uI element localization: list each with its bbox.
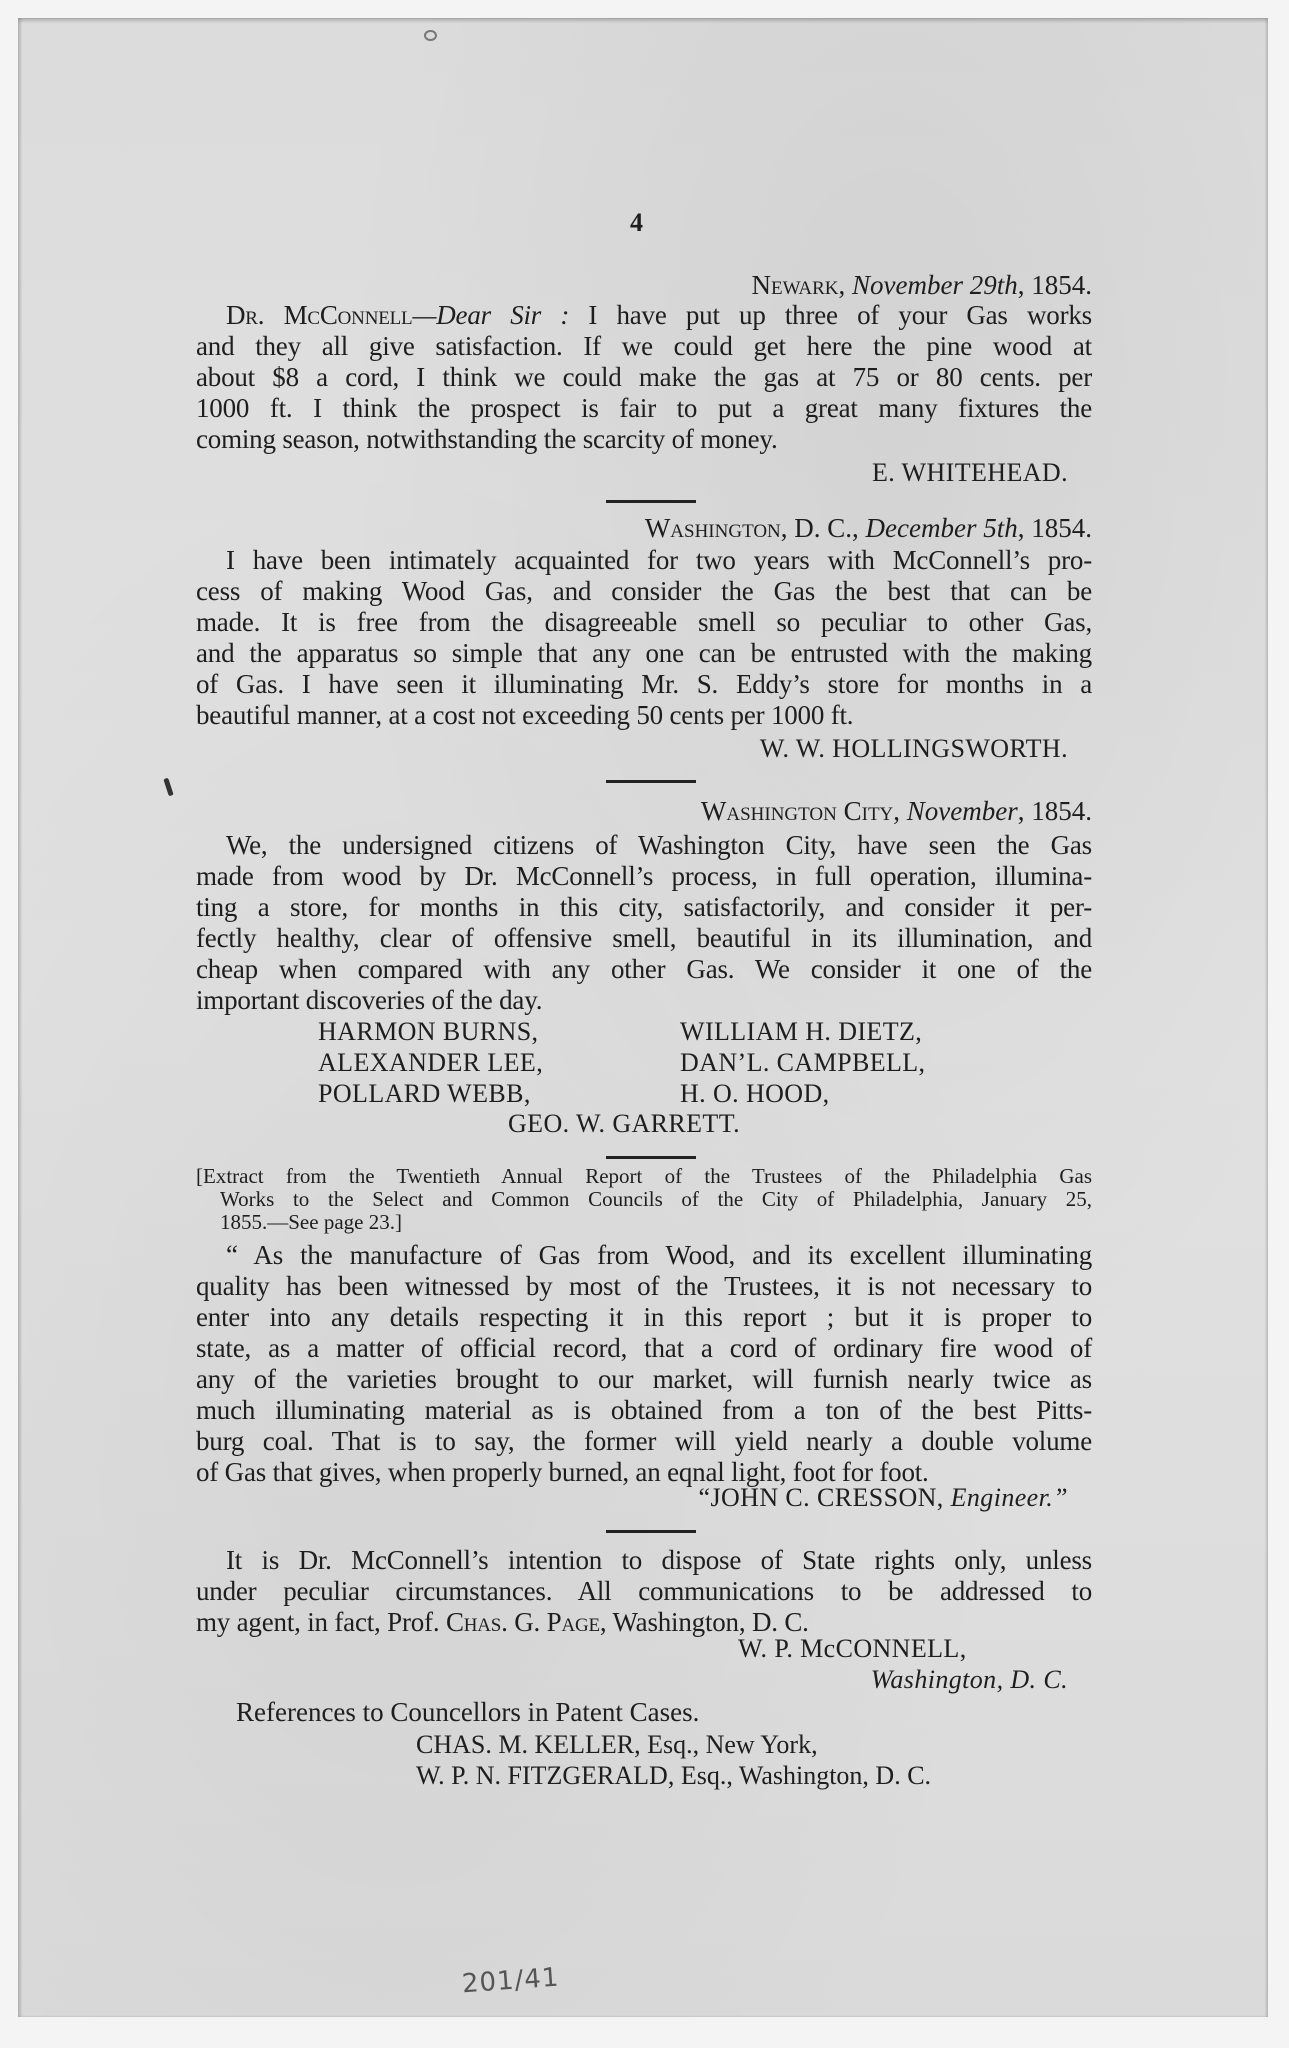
- text-line: under peculiar circumstances. All commun…: [196, 1576, 1092, 1607]
- divider-rule: [606, 780, 696, 783]
- signature-cresson: “JOHN C. CRESSON, Engineer.”: [699, 1483, 1068, 1513]
- extract-intro: [Extract from the Twentieth Annual Repor…: [196, 1165, 1092, 1234]
- dateline-place: Washington City: [701, 796, 893, 826]
- text-line: made from wood by Dr. McConnell’s proces…: [196, 861, 1092, 892]
- text-line: ting a store, for months in this city, s…: [196, 892, 1092, 923]
- signatory: DAN’L. CAMPBELL,: [680, 1047, 925, 1078]
- dateline-place: Newark: [751, 270, 838, 300]
- text-line: “ As the manufacture of Gas from Wood, a…: [196, 1240, 1092, 1271]
- references-list: CHAS. M. KELLER, Esq., New York, W. P. N…: [416, 1729, 931, 1791]
- extract-quote: “ As the manufacture of Gas from Wood, a…: [196, 1240, 1092, 1488]
- agent-prefix: my agent, in fact, Prof.: [196, 1607, 446, 1637]
- text-line: state, as a matter of official record, t…: [196, 1333, 1092, 1364]
- agent-name: Chas. G. Page: [446, 1607, 600, 1637]
- signatory: HARMON BURNS,: [318, 1016, 543, 1047]
- text-line: made. It is free from the disagreeable s…: [196, 607, 1092, 638]
- dateline-date: November 29th: [852, 270, 1018, 300]
- signature-name: “JOHN C. CRESSON,: [699, 1483, 951, 1512]
- text-line: I have put up three of your Gas works: [569, 300, 1092, 330]
- dateline-date: December 5th: [866, 513, 1018, 543]
- agent-suffix: , Washington, D. C.: [600, 1607, 809, 1637]
- text-line: cess of making Wood Gas, and consider th…: [196, 576, 1092, 607]
- reference-item: CHAS. M. KELLER, Esq., New York,: [416, 1729, 931, 1760]
- text-line: beautiful manner, at a cost not exceedin…: [196, 700, 1092, 731]
- salutation-name: Dr. McConnell: [226, 300, 412, 330]
- dateline-year: , 1854.: [1018, 796, 1092, 826]
- signature-whitehead: E. WHITEHEAD.: [872, 458, 1068, 488]
- dateline-year: , 1854.: [1018, 513, 1092, 543]
- text-line: burg coal. That is to say, the former wi…: [196, 1426, 1092, 1457]
- dateline-washington-dc: Washington, D. C., December 5th, 1854.: [645, 513, 1092, 544]
- text-line: quality has been witnessed by most of th…: [196, 1271, 1092, 1302]
- text-line: and they all give satisfaction. If we co…: [196, 331, 1092, 362]
- text-line: cheap when compared with any other Gas. …: [196, 954, 1092, 985]
- divider-rule: [606, 1156, 696, 1159]
- signature-place: Washington, D. C.: [871, 1665, 1068, 1695]
- text-line: about $8 a cord, I think we could make t…: [196, 362, 1092, 393]
- text-line: 1855.—See page 23.]: [196, 1211, 1092, 1234]
- page-number: 4: [630, 208, 643, 238]
- text-line: coming season, notwithstanding the scarc…: [196, 424, 1092, 455]
- signatories-left: HARMON BURNS, ALEXANDER LEE, POLLARD WEB…: [318, 1016, 543, 1109]
- text-line: I have been intimately acquainted for tw…: [196, 545, 1092, 576]
- references-heading: References to Councellors in Patent Case…: [236, 1697, 699, 1728]
- text-line: We, the undersigned citizens of Washingt…: [196, 830, 1092, 861]
- closing-paragraph: It is Dr. McConnell’s intention to dispo…: [196, 1545, 1092, 1638]
- dateline-date: November: [907, 796, 1018, 826]
- text-line: It is Dr. McConnell’s intention to dispo…: [196, 1545, 1092, 1576]
- text-line: enter into any details respecting it in …: [196, 1302, 1092, 1333]
- letter-newark-body: Dr. McConnell—Dear Sir : I have put up t…: [196, 300, 1092, 455]
- text-line: fectly healthy, clear of offensive smell…: [196, 923, 1092, 954]
- letter-hollingsworth-body: I have been intimately acquainted for tw…: [196, 545, 1092, 731]
- text-line: important discoveries of the day.: [196, 985, 1092, 1016]
- text-line: much illuminating material as is obtaine…: [196, 1395, 1092, 1426]
- signatory: H. O. HOOD,: [680, 1078, 925, 1109]
- signatory: WILLIAM H. DIETZ,: [680, 1016, 925, 1047]
- dateline-place-suffix: , D. C.,: [781, 513, 866, 543]
- divider-rule: [606, 1530, 696, 1533]
- reference-item: W. P. N. FITZGERALD, Esq., Washington, D…: [416, 1760, 931, 1791]
- divider-rule: [606, 500, 696, 503]
- signatory-center: GEO. W. GARRETT.: [508, 1109, 740, 1139]
- letter-citizens-body: We, the undersigned citizens of Washingt…: [196, 830, 1092, 1016]
- text-line: Works to the Select and Common Councils …: [196, 1188, 1092, 1211]
- signature-mcconnell: W. P. McCONNELL,: [738, 1634, 967, 1664]
- signatories-right: WILLIAM H. DIETZ, DAN’L. CAMPBELL, H. O.…: [680, 1016, 925, 1109]
- dateline-place: Washington: [645, 513, 781, 543]
- ink-mark: [424, 30, 437, 41]
- signature-title: Engineer.”: [951, 1483, 1068, 1512]
- dateline-newark: Newark, November 29th, 1854.: [751, 270, 1092, 301]
- text-line: 1000 ft. I think the prospect is fair to…: [196, 393, 1092, 424]
- signatory: POLLARD WEBB,: [318, 1078, 543, 1109]
- text-line: any of the varieties brought to our mark…: [196, 1364, 1092, 1395]
- signature-hollingsworth: W. W. HOLLINGSWORTH.: [760, 734, 1068, 764]
- dateline-year: , 1854.: [1018, 270, 1092, 300]
- signatory: ALEXANDER LEE,: [318, 1047, 543, 1078]
- salutation: —Dear Sir :: [412, 300, 569, 330]
- text-line: of Gas. I have seen it illuminating Mr. …: [196, 669, 1092, 700]
- dateline-washington-city: Washington City, November, 1854.: [701, 796, 1092, 827]
- text-line: [Extract from the Twentieth Annual Repor…: [196, 1165, 1092, 1188]
- text-line: and the apparatus so simple that any one…: [196, 638, 1092, 669]
